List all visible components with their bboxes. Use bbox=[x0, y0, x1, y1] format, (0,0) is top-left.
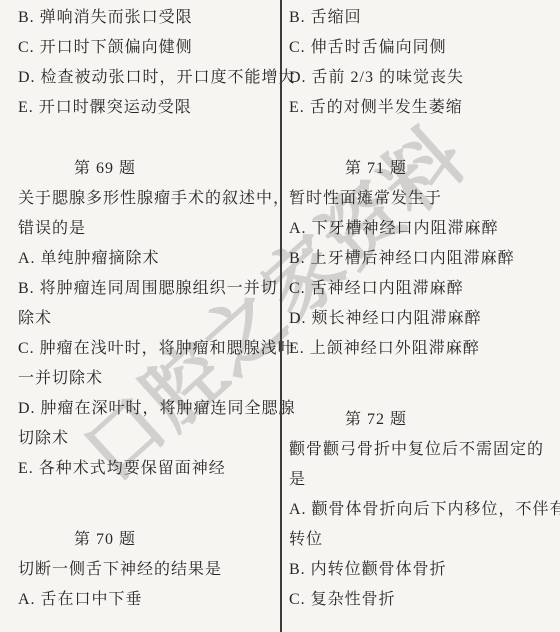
text-line: 颧骨颧弓骨折中复位后不需固定的 bbox=[289, 435, 560, 465]
text-line: B. 将肿瘤连同周围腮腺组织一并切 bbox=[18, 274, 280, 304]
text-line: D. 检查被动张口时，开口度不能增大 bbox=[18, 63, 280, 93]
text-line: 除术 bbox=[18, 304, 280, 334]
question-number-heading: 第 70 题 bbox=[18, 525, 280, 555]
left-column: B. 弹响消失而张口受限C. 开口时下颌偏向健侧D. 检查被动张口时，开口度不能… bbox=[0, 0, 280, 632]
text-line: 切断一侧舌下神经的结果是 bbox=[18, 555, 280, 585]
text-line: 切除术 bbox=[18, 424, 280, 454]
text-line: D. 舌前 2/3 的味觉丧失 bbox=[289, 63, 560, 93]
text-line: C. 伸舌时舌偏向同侧 bbox=[289, 33, 560, 63]
question-number-heading: 第 72 题 bbox=[289, 405, 560, 435]
text-line: 一并切除术 bbox=[18, 364, 280, 394]
text-line: C. 复杂性骨折 bbox=[289, 585, 560, 615]
text-line: 错误的是 bbox=[18, 214, 280, 244]
exam-page: 口腔之家资料 B. 弹响消失而张口受限C. 开口时下颌偏向健侧D. 检查被动张口… bbox=[0, 0, 560, 632]
text-line: B. 上牙槽后神经口内阻滞麻醉 bbox=[289, 244, 560, 274]
text-line: C. 肿瘤在浅叶时，将肿瘤和腮腺浅叶 bbox=[18, 334, 280, 364]
text-line: B. 弹响消失而张口受限 bbox=[18, 3, 280, 33]
text-line: 转位 bbox=[289, 525, 560, 555]
text-line: A. 单纯肿瘤摘除术 bbox=[18, 244, 280, 274]
text-line: A. 下牙槽神经口内阻滞麻醉 bbox=[289, 214, 560, 244]
text-line: E. 上颌神经口外阻滞麻醉 bbox=[289, 334, 560, 364]
text-line: A. 颧骨体骨折向后下内移位，不伴有 bbox=[289, 495, 560, 525]
question-number-heading: 第 69 题 bbox=[18, 154, 280, 184]
text-line: D. 肿瘤在深叶时，将肿瘤连同全腮腺 bbox=[18, 394, 280, 424]
text-line: E. 舌的对侧半发生萎缩 bbox=[289, 93, 560, 123]
text-line: E. 各种术式均要保留面神经 bbox=[18, 454, 280, 484]
text-line: C. 开口时下颌偏向健侧 bbox=[18, 33, 280, 63]
text-line: E. 开口时髁突运动受限 bbox=[18, 93, 280, 123]
column-divider-line bbox=[280, 0, 282, 632]
right-column: B. 舌缩回C. 伸舌时舌偏向同侧D. 舌前 2/3 的味觉丧失E. 舌的对侧半… bbox=[282, 0, 560, 632]
text-line: B. 舌缩回 bbox=[289, 3, 560, 33]
text-line: C. 舌神经口内阻滞麻醉 bbox=[289, 274, 560, 304]
text-line: 是 bbox=[289, 465, 560, 495]
text-line: B. 内转位颧骨体骨折 bbox=[289, 555, 560, 585]
text-line: D. 颊长神经口内阻滞麻醉 bbox=[289, 304, 560, 334]
question-number-heading: 第 71 题 bbox=[289, 154, 560, 184]
text-line: A. 舌在口中下垂 bbox=[18, 585, 280, 615]
text-line: 暂时性面瘫常发生于 bbox=[289, 184, 560, 214]
text-line: 关于腮腺多形性腺瘤手术的叙述中， bbox=[18, 184, 280, 214]
